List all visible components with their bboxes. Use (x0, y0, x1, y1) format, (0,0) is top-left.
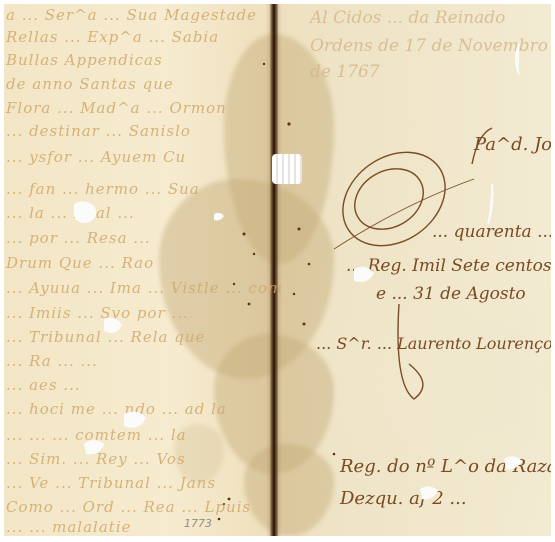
paper-losses (74, 44, 522, 499)
ink-flourishes (4, 4, 551, 536)
manuscript-page: a ... Ser^a ... Sua Magestade Rellas ...… (4, 4, 551, 536)
flourish-ovals (325, 128, 492, 399)
ink-specks (218, 63, 336, 521)
